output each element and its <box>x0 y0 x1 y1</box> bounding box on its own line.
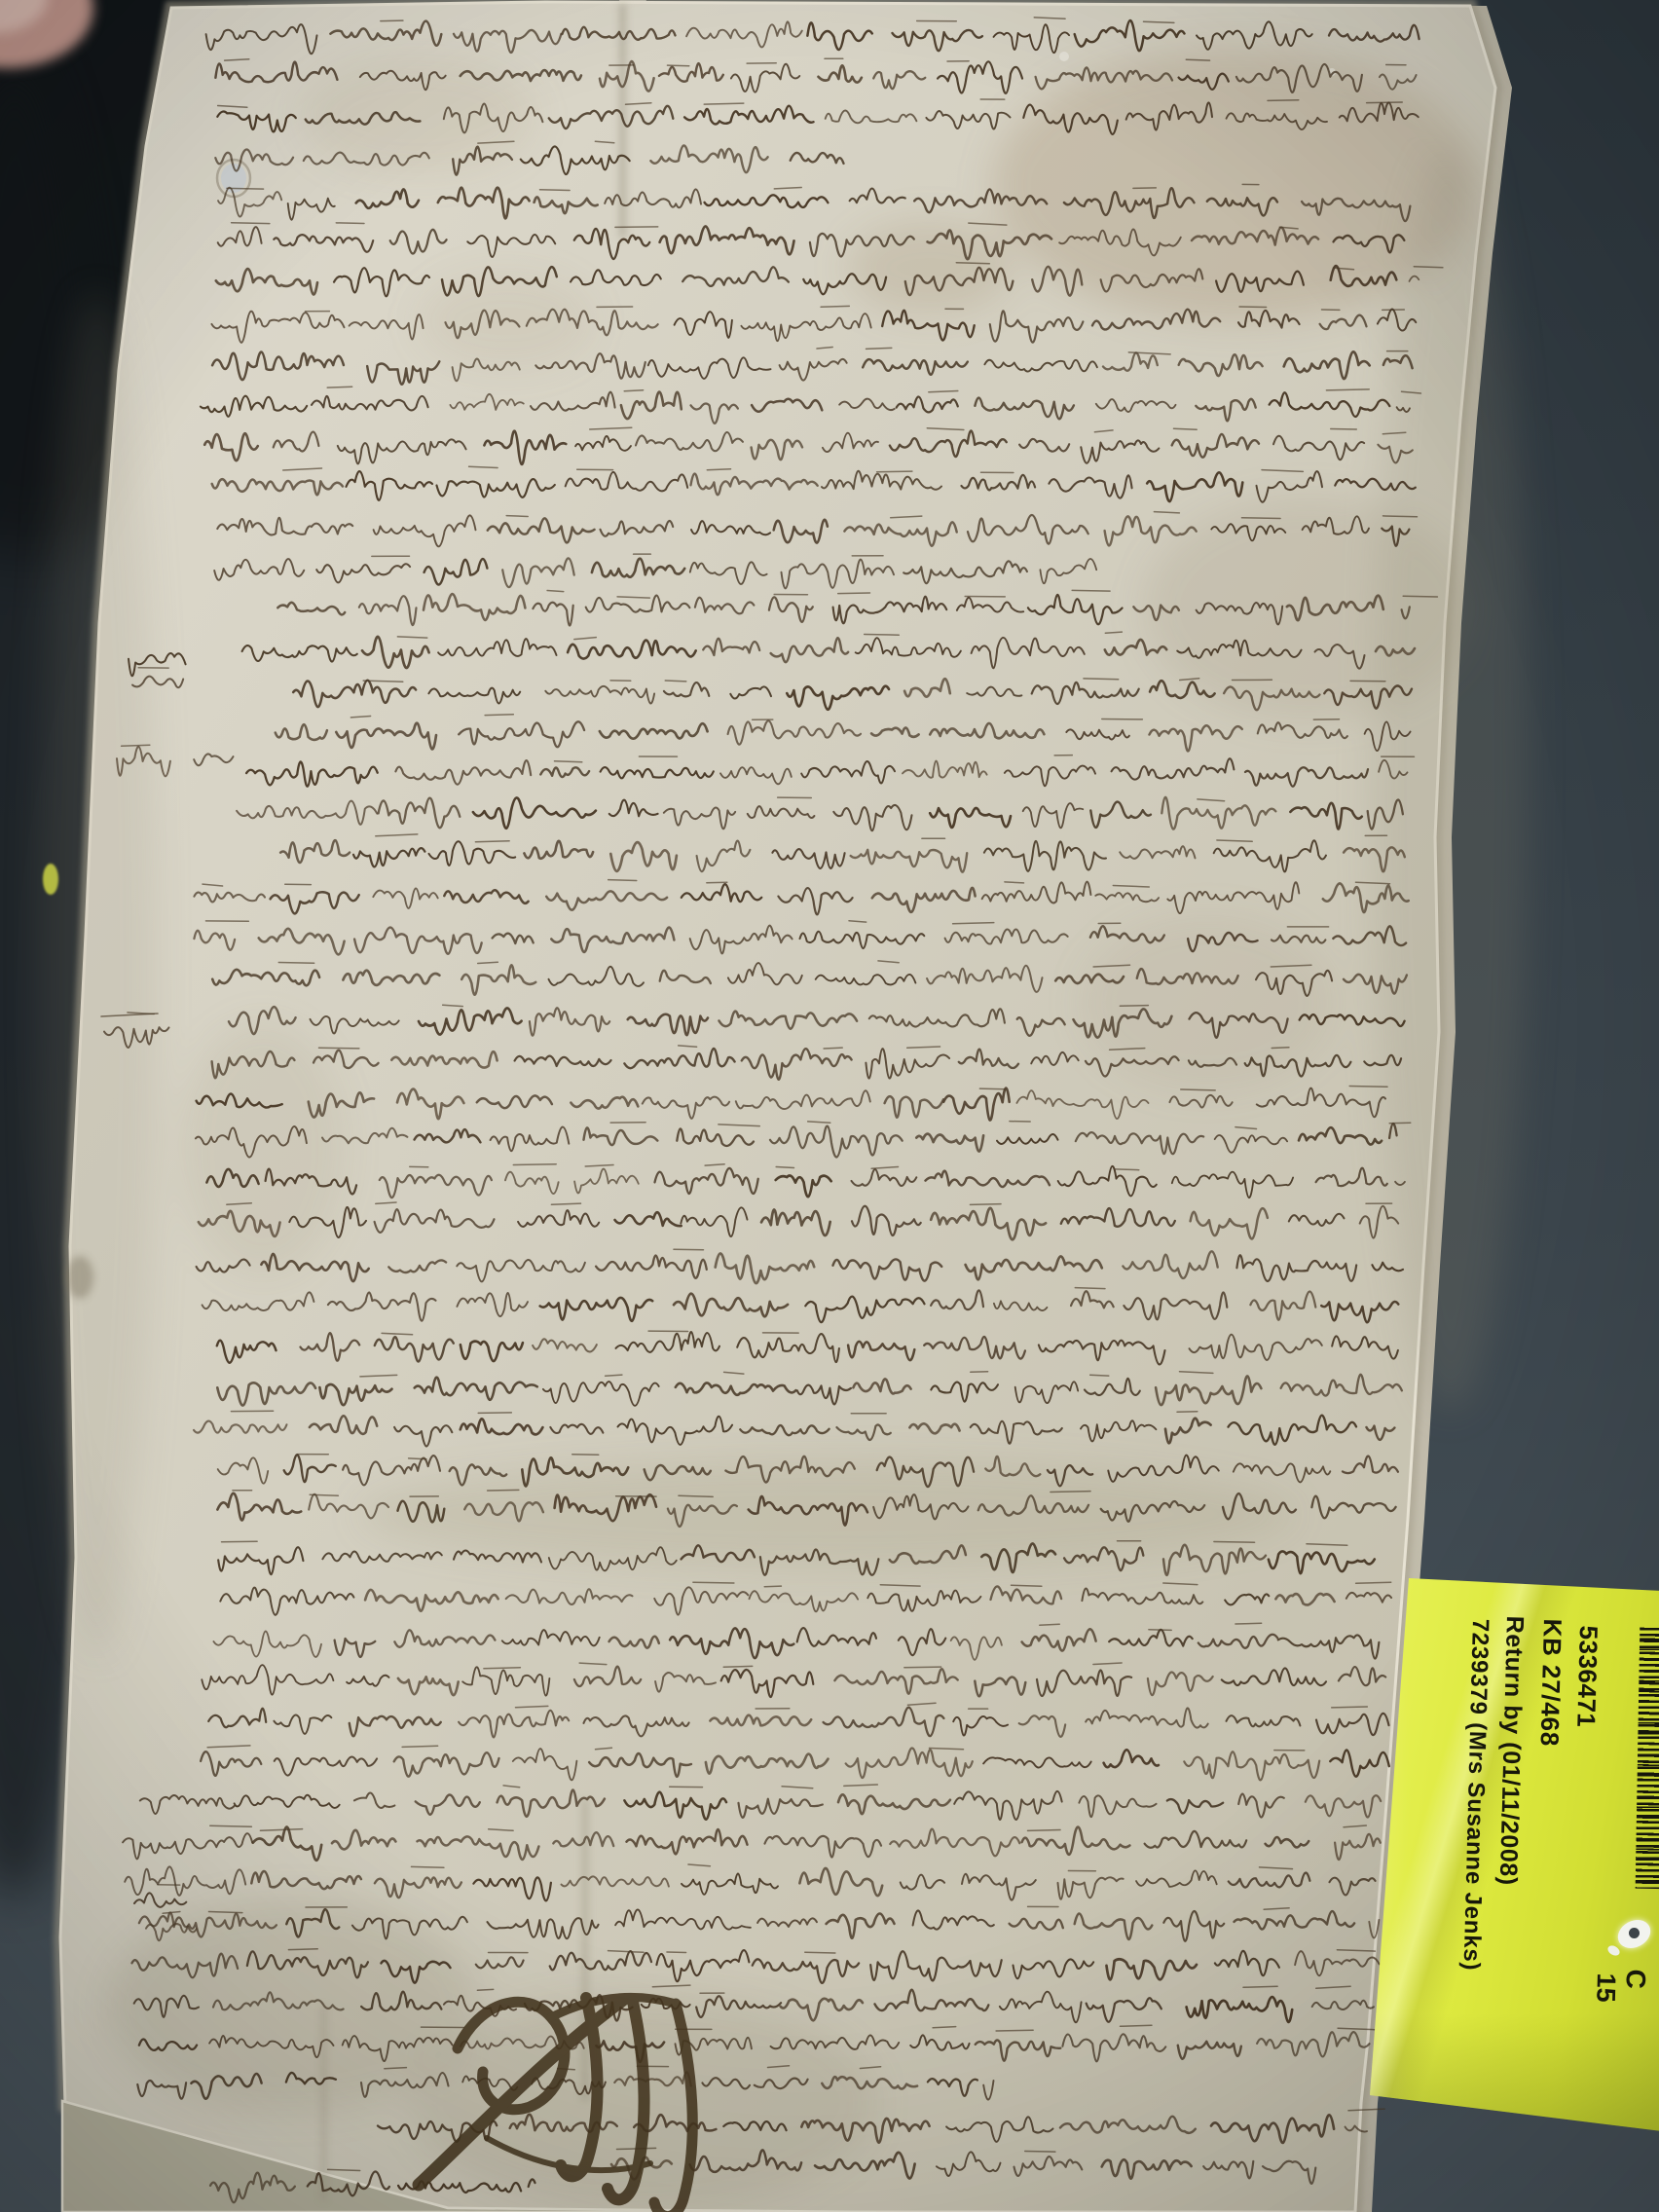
label-location-number: 15 <box>1592 1972 1619 2003</box>
label-return-by: Return by (01/11/2008) <box>1495 1615 1527 1886</box>
photo-canvas: 7239379 (Mrs Susanne Jenks) Return by (0… <box>0 0 1659 2212</box>
barcode <box>1636 1628 1659 1890</box>
label-location-letter: C <box>1621 1969 1649 1989</box>
label-order-number: 5336471 <box>1573 1625 1602 1727</box>
punch-hole-shadow <box>1629 1928 1640 1938</box>
label-document-reference: KB 27/468 <box>1537 1618 1566 1747</box>
reader-ticket-label: 7239379 (Mrs Susanne Jenks) Return by (0… <box>1368 1571 1659 2138</box>
